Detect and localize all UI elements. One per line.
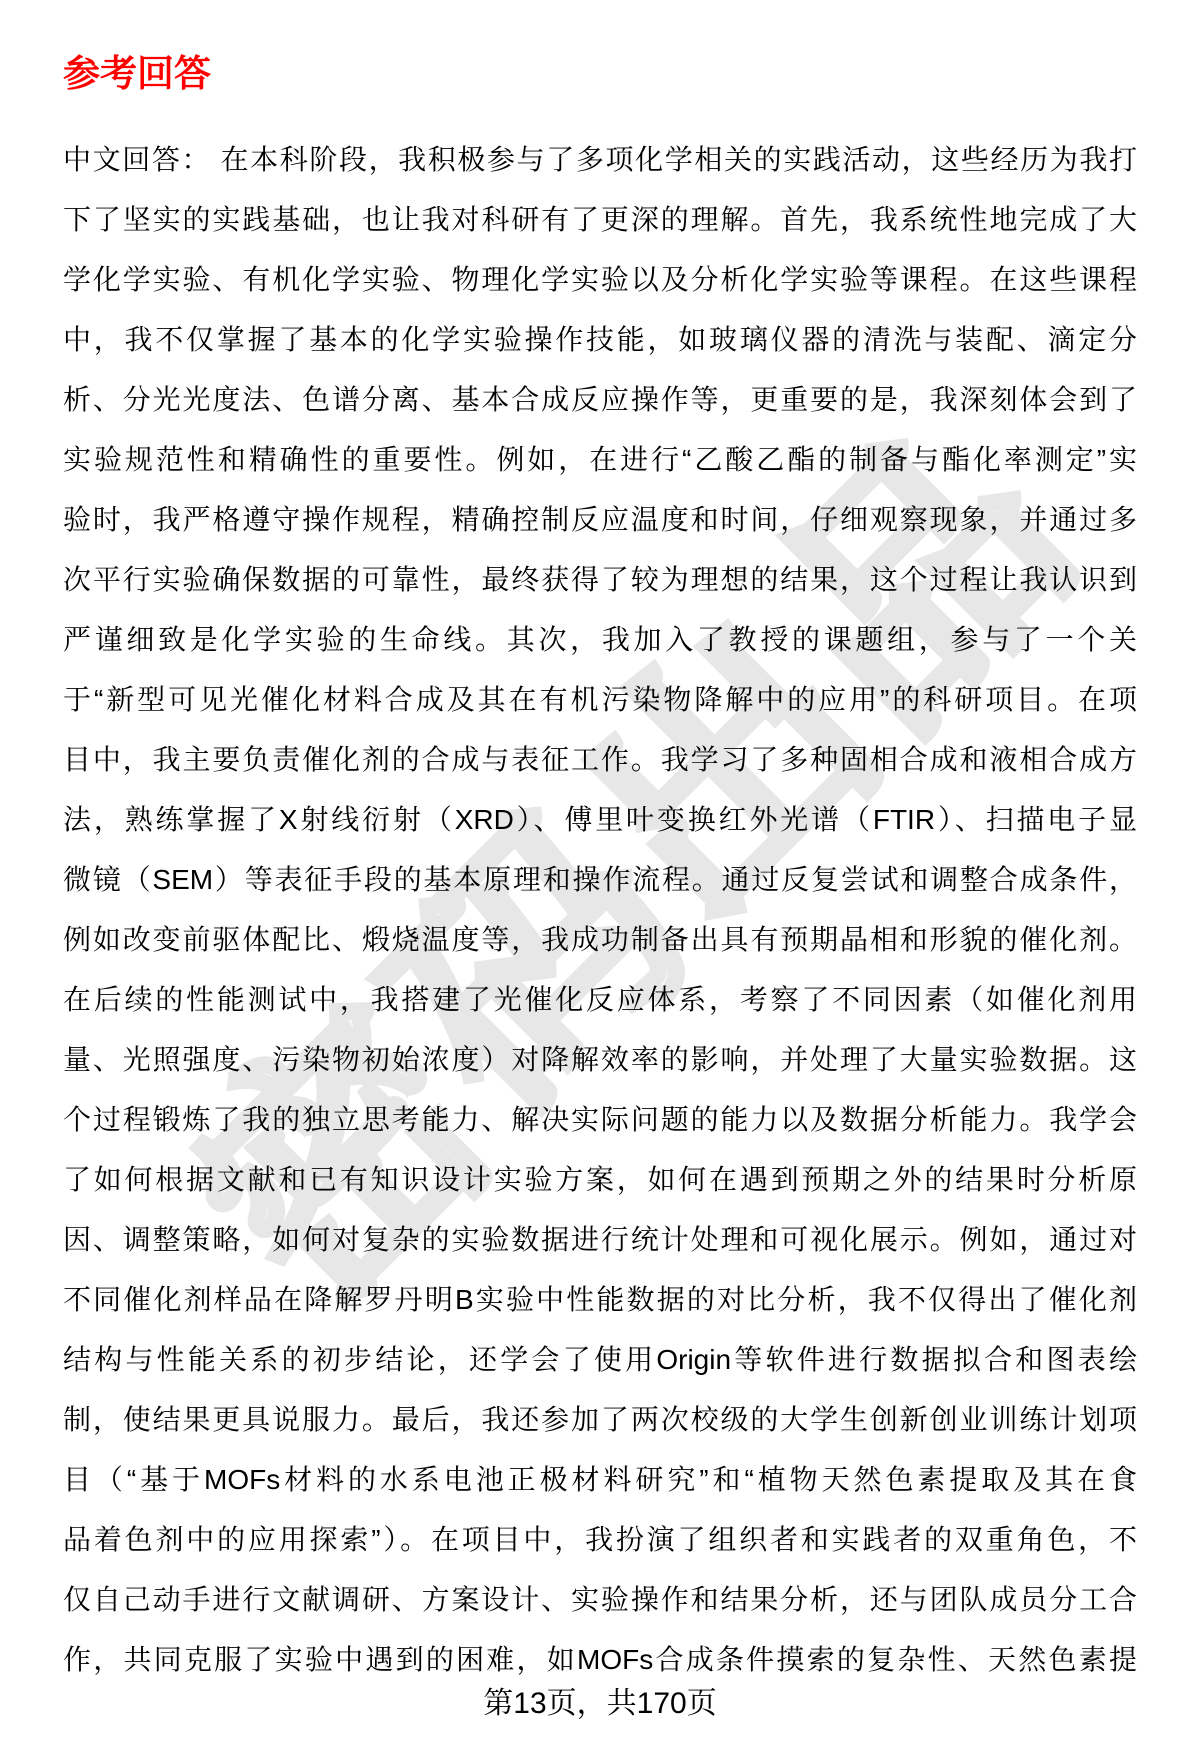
body-line: 次平行实验确保数据的可靠性，最终获得了较为理想的结果，这个过程让我认识到 [63, 550, 1137, 610]
body-line: 个过程锻炼了我的独立思考能力、解决实际问题的能力以及数据分析能力。我学会 [63, 1090, 1137, 1150]
body-line: 量、光照强度、污染物初始浓度）对降解效率的影响，并处理了大量实验数据。这 [63, 1030, 1137, 1090]
page-footer: 第13页，共170页 [0, 1682, 1200, 1726]
section-heading: 参考回答 [63, 50, 211, 98]
body-line: 中，我不仅掌握了基本的化学实验操作技能，如玻璃仪器的清洗与装配、滴定分 [63, 310, 1137, 370]
document-page: 密码出品 参考回答 中文回答： 在本科阶段，我积极参与了多项化学相关的实践活动，… [0, 0, 1200, 1755]
body-line: 验时，我严格遵守操作规程，精确控制反应温度和时间，仔细观察现象，并通过多 [63, 490, 1137, 550]
body-line: 例如改变前驱体配比、煅烧温度等，我成功制备出具有预期晶相和形貌的催化剂。 [63, 910, 1137, 970]
body-line: 法，熟练掌握了X射线衍射（XRD）、傅里叶变换红外光谱（FTIR）、扫描电子显 [63, 790, 1137, 850]
body-line: 作，共同克服了实验中遇到的困难，如MOFs合成条件摸索的复杂性、天然色素提 [63, 1630, 1137, 1690]
body-line: 在后续的性能测试中，我搭建了光催化反应体系，考察了不同因素（如催化剂用 [63, 970, 1137, 1030]
body-line: 因、调整策略，如何对复杂的实验数据进行统计处理和可视化展示。例如，通过对 [63, 1210, 1137, 1270]
body-line: 下了坚实的实践基础，也让我对科研有了更深的理解。首先，我系统性地完成了大 [63, 190, 1137, 250]
body-line: 目中，我主要负责催化剂的合成与表征工作。我学习了多种固相合成和液相合成方 [63, 730, 1137, 790]
body-line: 微镜（SEM）等表征手段的基本原理和操作流程。通过反复尝试和调整合成条件， [63, 850, 1137, 910]
answer-paragraph: 中文回答： 在本科阶段，我积极参与了多项化学相关的实践活动，这些经历为我打下了坚… [63, 130, 1137, 1690]
body-line: 严谨细致是化学实验的生命线。其次，我加入了教授的课题组，参与了一个关 [63, 610, 1137, 670]
body-line: 实验规范性和精确性的重要性。例如，在进行“乙酸乙酯的制备与酯化率测定”实 [63, 430, 1137, 490]
body-line: 学化学实验、有机化学实验、物理化学实验以及分析化学实验等课程。在这些课程 [63, 250, 1137, 310]
body-line: 结构与性能关系的初步结论，还学会了使用Origin等软件进行数据拟合和图表绘 [63, 1330, 1137, 1390]
body-line: 析、分光光度法、色谱分离、基本合成反应操作等，更重要的是，我深刻体会到了 [63, 370, 1137, 430]
body-line: 仅自己动手进行文献调研、方案设计、实验操作和结果分析，还与团队成员分工合 [63, 1570, 1137, 1630]
body-line: 不同催化剂样品在降解罗丹明B实验中性能数据的对比分析，我不仅得出了催化剂 [63, 1270, 1137, 1330]
body-line: 了如何根据文献和已有知识设计实验方案，如何在遇到预期之外的结果时分析原 [63, 1150, 1137, 1210]
body-line: 于“新型可见光催化材料合成及其在有机污染物降解中的应用”的科研项目。在项 [63, 670, 1137, 730]
body-line: 制，使结果更具说服力。最后，我还参加了两次校级的大学生创新创业训练计划项 [63, 1390, 1137, 1450]
body-line: 目（“基于MOFs材料的水系电池正极材料研究”和“植物天然色素提取及其在食 [63, 1450, 1137, 1510]
body-line: 中文回答： 在本科阶段，我积极参与了多项化学相关的实践活动，这些经历为我打 [63, 130, 1137, 190]
body-line: 品着色剂中的应用探索”）。在项目中，我扮演了组织者和实践者的双重角色，不 [63, 1510, 1137, 1570]
